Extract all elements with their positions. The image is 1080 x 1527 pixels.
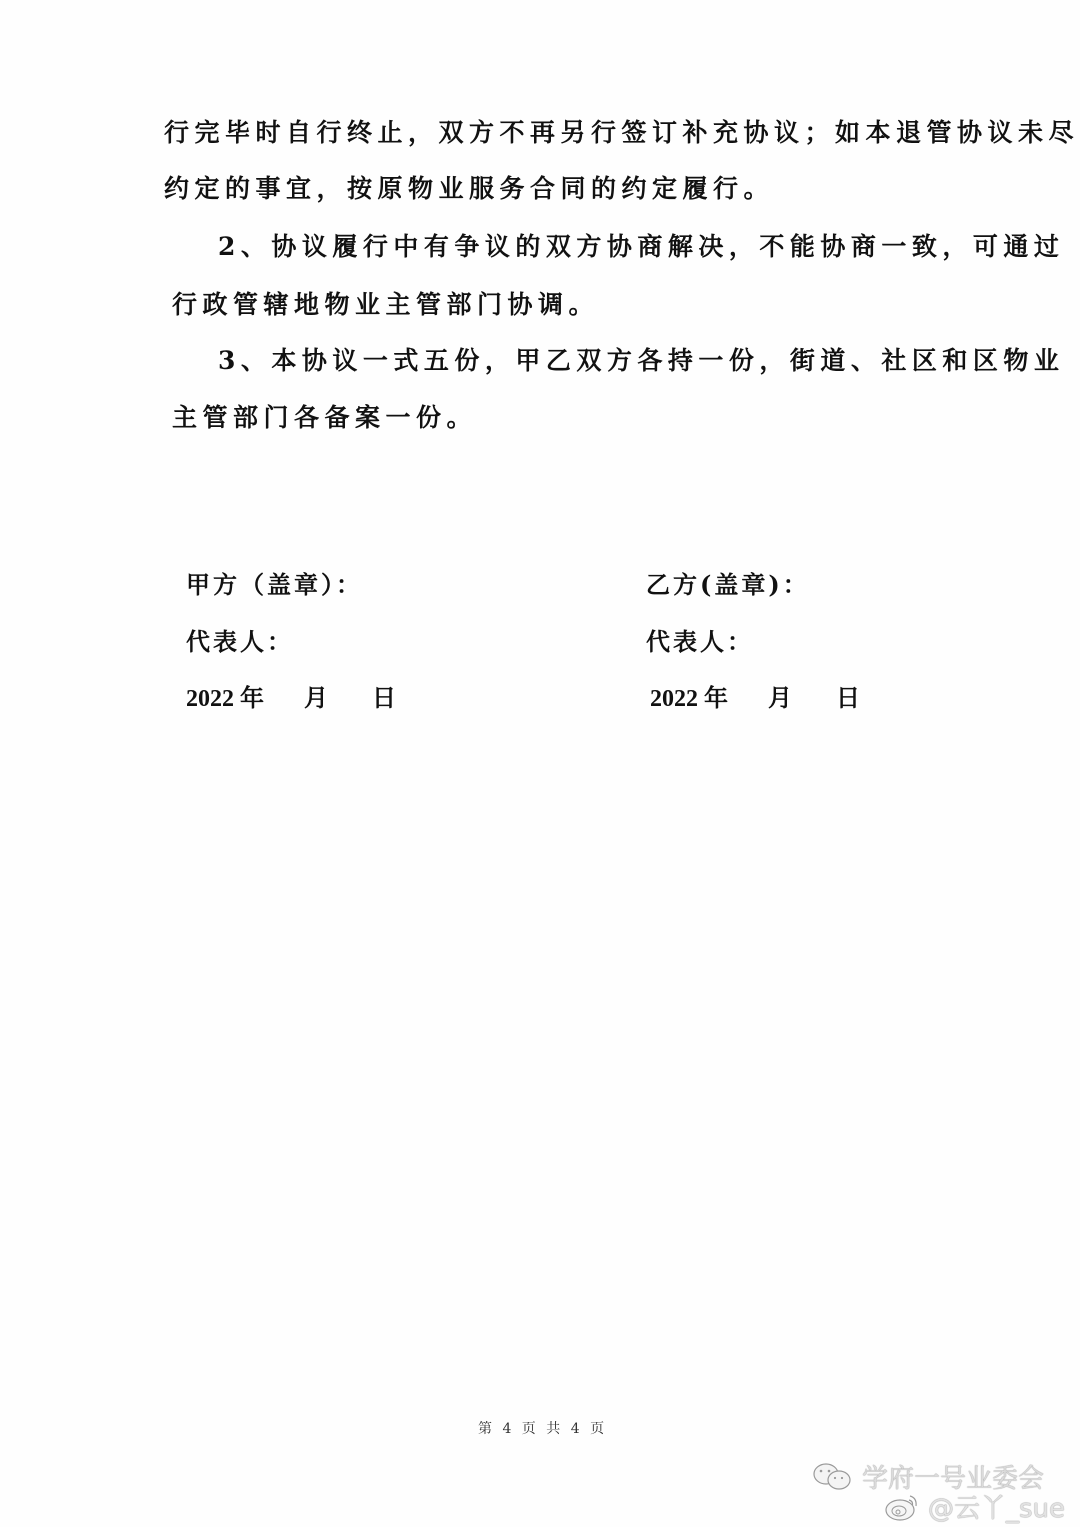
party-a-seal-label: 甲方（盖章）： bbox=[186, 570, 363, 600]
party-a-date-year-unit: 年 bbox=[240, 683, 264, 712]
document-page: 行完毕时自行终止，双方不再另行签订补充协议；如本退管协议未尽 约定的事宜，按原物… bbox=[0, 0, 1080, 1527]
paragraph-3-line-2: 主管部门各备案一份。 bbox=[172, 403, 477, 433]
paragraph-3-line-1: 3、本协议一式五份，甲乙双方各持一份，街道、社区和区物业 bbox=[218, 346, 1064, 376]
page-indicator: 第 4 页 共 4 页 bbox=[478, 1418, 607, 1438]
weibo-watermark: @云丫_sue bbox=[884, 1488, 1065, 1525]
paragraph-2-line-1: 2、协议履行中有争议的双方协商解决，不能协商一致，可通过 bbox=[218, 232, 1064, 262]
party-a-date-day-unit: 日 bbox=[372, 683, 396, 712]
party-b-seal-label: 乙方(盖章)： bbox=[646, 570, 810, 600]
paragraph-1-line-1: 行完毕时自行终止，双方不再另行签订补充协议；如本退管协议未尽 bbox=[164, 118, 1079, 148]
party-a-date: 2022年月日 bbox=[186, 683, 396, 714]
party-b-date-day-unit: 日 bbox=[836, 683, 860, 712]
party-b-date-month-unit: 月 bbox=[768, 683, 792, 712]
party-b-date-year: 2022 bbox=[650, 686, 698, 712]
wechat-icon bbox=[812, 1462, 854, 1492]
paragraph-1-line-2: 约定的事宜，按原物业服务合同的约定履行。 bbox=[164, 174, 774, 204]
party-b-date: 2022年月日 bbox=[650, 683, 860, 714]
weibo-icon bbox=[884, 1492, 920, 1522]
party-a-date-month-unit: 月 bbox=[304, 683, 328, 712]
paragraph-2-line-2: 行政管辖地物业主管部门协调。 bbox=[172, 290, 599, 320]
weibo-handle: @云丫_sue bbox=[928, 1488, 1065, 1525]
party-b-representative-label: 代表人： bbox=[646, 627, 754, 657]
party-a-date-year: 2022 bbox=[186, 686, 234, 712]
party-b-date-year-unit: 年 bbox=[704, 683, 728, 712]
party-a-representative-label: 代表人： bbox=[186, 627, 294, 657]
